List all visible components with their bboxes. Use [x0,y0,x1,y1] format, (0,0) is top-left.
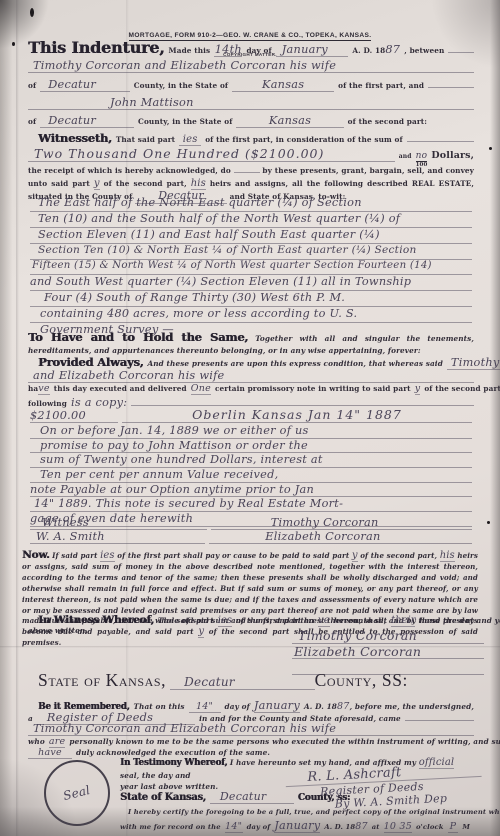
handwritten-have: have [28,747,72,759]
handwritten-signature: Timothy Corcoran [292,628,484,644]
printed-text: o'clock [416,823,444,831]
handwritten-their: their [391,615,415,627]
note-line: sum of Twenty one hundred Dollars, inter… [30,453,472,468]
handwritten-signature: Elizabeth Corcoran [209,530,472,544]
note-line: note Payable at our Option anytime prior… [30,483,472,498]
handwritten-ampm: P [448,821,459,833]
description-line: Four (4) South of Range Thirty (30) West… [30,291,472,307]
handwritten-county: Decatur [40,114,134,128]
provided-line: Provided Always, And these presents are … [38,355,474,370]
printed-text: of the first part, and [338,81,424,90]
state-heading: State of Kansas, [38,670,166,691]
witnesseth-line: Witnesseth, That said part ies of the fi… [38,131,474,146]
indenture-opening-line: This Indenture, Made this 14th day of Ja… [28,38,474,57]
description-line: Ten (10) and the South half of the North… [30,212,472,228]
handwritten-fraction-top: no [416,152,428,161]
printed-text: That said part [116,135,175,144]
ink-speck [489,147,492,150]
handwritten-note-amount: $2100.00 [30,409,118,423]
handwritten-year: 87 [385,43,400,56]
description-line: and South West quarter (¼) Section Eleve… [30,275,472,291]
handwritten-y: y [415,383,421,395]
handwritten-ies: ies [218,615,232,627]
printed-text: personally known to me to be the same pe… [69,737,500,746]
ink-speck [487,521,490,524]
description-line: Section Eleven (11) and East half South … [30,228,472,244]
printed-text: of the second part, [104,179,187,188]
provided-line-3: ha ve this day executed and delivered On… [28,383,474,395]
blank-line [405,720,474,721]
certify-line-2: with me for record on the 14" day of Jan… [120,819,470,833]
witness-whereof-tail: above written. [28,626,88,635]
first-county-line: of Decatur County, in the State of Kansa… [28,78,474,92]
note-line: On or before Jan. 14, 1889 we or either … [30,424,472,439]
second-party-line: John Mattison [28,96,474,110]
printed-text: of the first part ha [236,616,314,625]
notary-signature-block: R. L. Ashcraft Register of Deeds By W. A… [285,761,483,813]
printed-text: Made this [169,46,211,55]
printed-text: this day executed and delivered [54,384,187,393]
handwritten-state: Kansas [236,114,343,128]
blank-line [428,87,474,88]
handwritten-county: Decatur [210,790,294,804]
note-body: On or before Jan. 14, 1889 we or either … [30,424,472,527]
printed-text: County, in the State of [134,81,228,90]
handwritten-signature: Timothy Corcoran [211,516,472,530]
legal-description: The East half of the North East quarter … [30,196,472,338]
state-county-heading: State of Kansas, Decatur County, SS: [38,670,408,691]
printed-text: ha [28,384,38,393]
note-witness-row-2: W. A. Smith Elizabeth Corcoran [30,530,472,544]
handwritten-ies: ies [179,134,201,146]
fold-crease-left [16,0,19,836]
handwritten-y: y [198,626,204,638]
handwritten-month: January [276,43,349,57]
printed-text: day of [247,823,271,831]
handwritten-seal-label: Seal [62,783,92,803]
note-line: Ten per cent per annum Value received, [30,468,472,483]
handwritten-amount: Two Thousand One Hundred ($2100.00) [28,146,395,162]
witness-whereof-line: In Witness Whereof, The said part ies of… [38,614,478,627]
handwritten-names: Timothy Corcoran and Elizabeth Corcoran … [28,722,474,736]
remembered-line-3: Timothy Corcoran and Elizabeth Corcoran … [28,722,474,736]
printed-text: If said part [52,551,97,560]
handwritten-parties-first: Timothy Corcoran and Elizabeth Corcoran … [28,59,474,73]
printed-text: the receipt of which is hereby acknowled… [28,166,231,175]
description-line: Fifteen (15) & North West ¼ of North Wes… [30,260,472,276]
now-heading: Now. [22,549,49,561]
handwritten-his: his [191,178,206,190]
description-line: Section Ten (10) & North East ¼ of North… [30,244,472,260]
printed-text: M [462,823,470,831]
handwritten-ve: ve [318,615,330,627]
ink-speck [30,8,34,17]
printed-text: at [372,823,380,831]
handwritten-y: y [94,178,100,190]
document-page: MORTGAGE, FORM 910-2—GEO. W. CRANE & CO.… [0,0,500,836]
blank-line [407,141,474,142]
blank-line [448,52,474,53]
handwritten-name: and Elizabeth Corcoran his wife [28,369,474,383]
handwritten-witness-signature: W. A. Smith [30,530,205,544]
printed-text: of the second part: [348,117,427,126]
witness-whereof-heading: In Witness Whereof, [38,614,154,626]
printed-text: seal, the day and [120,771,191,780]
handwritten-ve: ve [38,383,50,395]
note-header-line: $2100.00 Oberlin Kansas Jan 14" 1887 [30,407,472,423]
signature-block: Timothy Corcoran Elizabeth Corcoran [292,628,484,675]
printed-text: A. D. 18 [324,823,355,831]
description-line: The East half of the North East quarter … [30,196,472,212]
note-line: 14" 1889. This note is secured by Real E… [30,497,472,512]
blank-line [131,405,474,406]
printed-text: And these presents are upon this express… [147,359,442,368]
testimony-heading: In Testimony Whereof, [120,758,227,768]
blank-line [234,172,260,173]
handwritten-day: 14" [225,821,243,833]
printed-text: of the first part, in consideration of t… [205,135,403,144]
printed-text: Dollars, [431,150,474,161]
note-line: promise to pay to John Mattison or order… [30,439,472,454]
county-ss-heading: County, SS: [315,670,408,691]
second-county-line: of Decatur County, in the State of Kansa… [28,114,474,128]
printed-text: hand the day and year first [419,616,500,625]
notary-seal: Seal [44,760,110,826]
printed-text: day of [225,702,250,711]
printed-text: , between [404,46,444,55]
handwritten-month: January [274,819,320,833]
printed-text: County, in the State of [138,117,232,126]
handwritten-party-second: John Mattison [28,96,474,110]
handwritten-ies: ies [100,550,115,562]
printed-text: certain promissory note in writing to sa… [215,384,411,393]
printed-text: and [399,153,412,160]
printed-text: day of [246,46,271,55]
note-witness-row-1: Witness Timothy Corcoran [30,516,472,530]
handwritten-note-dateline: Oberlin Kansas Jan 14" 1887 [122,407,472,423]
handwritten-year: 87 [355,821,368,832]
printed-text: hereunto set [334,616,387,625]
printed-text: of the second part, of which the [424,384,500,393]
state-label: State of Kansas, [120,792,206,803]
printed-text: of the second part, [360,551,437,560]
printed-text: duly acknowledged the execution of the s… [76,748,270,757]
printed-text: A. D. 18 [352,46,385,55]
indenture-heading: This Indenture, [28,38,165,57]
printed-text: That on this [133,702,184,711]
handwritten-name: Timothy Corcoran [447,356,500,370]
description-line: containing 480 acres, more or less accor… [30,307,472,323]
have-hold-heading: To Have and to Hold the Same, [28,330,248,344]
provided-heading: Provided Always, [38,355,143,369]
printed-text: of the first part shall pay or cause to … [117,551,349,560]
printed-text: who [28,737,45,746]
handwritten-state: Kansas [232,78,334,92]
provided-line-2: and Elizabeth Corcoran his wife [28,369,474,383]
printed-text: The said part [158,616,214,625]
handwritten-his: his [440,550,455,562]
printed-text: with me for record on the [120,823,221,831]
handwritten-y: y [352,550,358,562]
handwritten-witness-label: Witness [30,516,207,530]
printed-text: of [28,81,36,90]
parties-first-line: Timothy Corcoran and Elizabeth Corcoran … [28,59,474,73]
printed-text: of [28,117,36,126]
handwritten-county: Decatur [170,675,314,690]
printed-text: , before me, the undersigned, [350,702,474,711]
handwritten-signature: Elizabeth Corcoran [292,644,484,660]
printed-text: A. D. 18 [304,702,337,711]
handwritten-day: 14th [214,43,242,57]
handwritten-one: One [191,383,211,395]
witnesseth-heading: Witnesseth, [38,131,112,145]
handwritten-time: 10 35 [384,821,412,833]
have-hold-paragraph: To Have and to Hold the Same, Together w… [28,331,474,357]
handwritten-county: Decatur [40,78,130,92]
